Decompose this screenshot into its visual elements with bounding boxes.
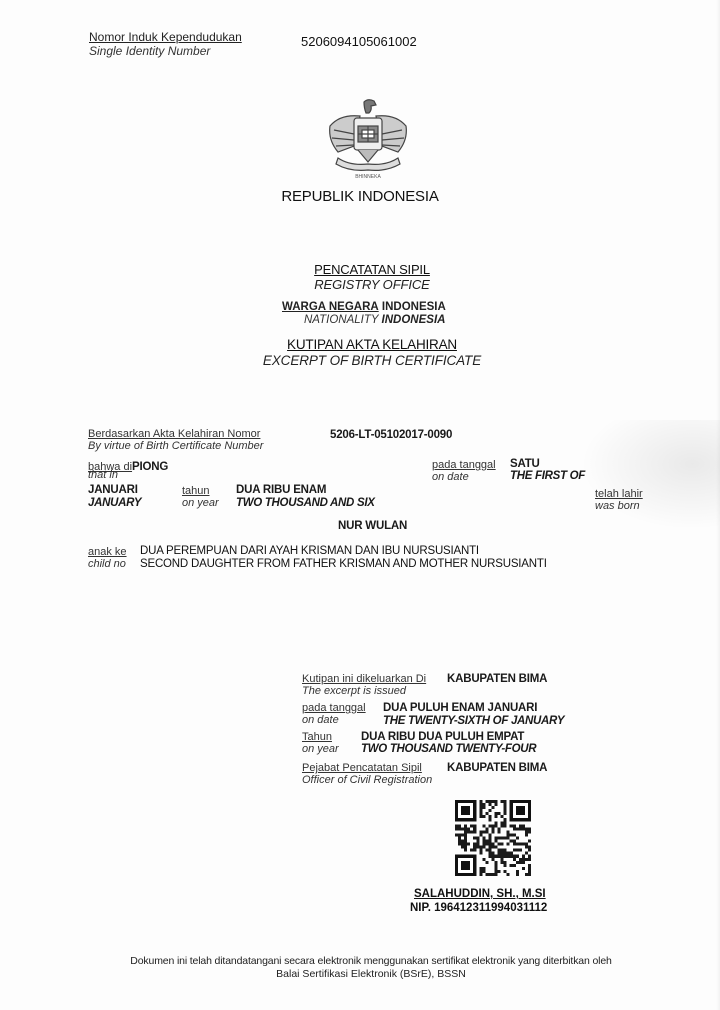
born-label-en: was born [595, 500, 640, 512]
issue-date-label-en: on date [302, 714, 339, 726]
document-title-en-wrap: EXCERPT OF BIRTH CERTIFICATE [0, 352, 720, 370]
birth-year-label: tahun [182, 485, 210, 497]
svg-text:BHINNEKA: BHINNEKA [355, 174, 381, 180]
issue-year-en: TWO THOUSAND TWENTY-FOUR [361, 743, 536, 755]
birth-year-label-en: on year [182, 497, 219, 509]
birth-year: DUA RIBU ENAM [236, 484, 326, 496]
issue-year: DUA RIBU DUA PULUH EMPAT [361, 731, 524, 743]
birth-date-label: pada tanggal [432, 459, 496, 471]
child-order-value: DUA PEREMPUAN DARI AYAH KRISMAN DAN IBU … [140, 545, 479, 557]
garuda-pancasila-emblem-icon: BHINNEKA [320, 96, 416, 180]
signatory-nip: NIP. 196412311994031112 [410, 902, 547, 914]
birth-place-value: PIONG [132, 461, 168, 473]
office-title-en-wrap: REGISTRY OFFICE [0, 276, 720, 294]
child-order-label-en: child no [88, 558, 126, 570]
issue-date-en: THE TWENTY-SIXTH OF JANUARY [383, 715, 564, 727]
officer-place: KABUPATEN BIMA [447, 762, 547, 774]
nik-label-en: Single Identity Number [89, 44, 210, 58]
issue-year-label: Tahun [302, 731, 332, 743]
country-name: REPUBLIK INDONESIA [0, 188, 720, 205]
nationality-label: WARGA NEGARA [282, 301, 379, 313]
birth-year-en: TWO THOUSAND AND SIX [236, 497, 375, 509]
document-title: KUTIPAN AKTA KELAHIRAN [287, 337, 457, 352]
nationality-row-en: NATIONALITY INDONESIA [304, 314, 445, 326]
officer-label: Pejabat Pencatatan Sipil [302, 762, 422, 774]
officer-label-en: Officer of Civil Registration [302, 774, 432, 786]
qr-code-icon [455, 800, 531, 876]
certificate-label-en: By virtue of Birth Certificate Number [88, 440, 263, 452]
child-name: NUR WULAN [338, 520, 407, 532]
birth-month: JANUARI [88, 484, 138, 496]
issue-place-value: KABUPATEN BIMA [447, 673, 547, 685]
footer-line-2: Balai Sertifikasi Elektronik (BSrE), BSS… [0, 968, 720, 980]
document-title-en: EXCERPT OF BIRTH CERTIFICATE [263, 353, 481, 368]
issue-place-label-en: The excerpt is issued [302, 685, 406, 697]
nationality-value: INDONESIA [382, 301, 446, 313]
born-label: telah lahir [595, 488, 643, 500]
issue-year-label-en: on year [302, 743, 339, 755]
office-title: PENCATATAN SIPIL [314, 262, 430, 277]
issue-place-label: Kutipan ini dikeluarkan Di [302, 673, 426, 685]
child-order-label: anak ke [88, 546, 127, 558]
certificate-number: 5206-LT-05102017-0090 [330, 429, 452, 441]
nik-label: Nomor Induk Kependudukan [89, 30, 242, 44]
signatory-name: SALAHUDDIN, SH., M.SI [414, 888, 546, 900]
nik-value: 5206094105061002 [301, 34, 417, 49]
footer-line-1: Dokumen ini telah ditandatangani secara … [0, 955, 720, 967]
birth-month-en: JANUARY [88, 497, 141, 509]
birth-date-label-en: on date [432, 471, 469, 483]
issue-date: DUA PULUH ENAM JANUARI [383, 702, 537, 714]
certificate-label: Berdasarkan Akta Kelahiran Nomor [88, 428, 260, 440]
office-title-en: REGISTRY OFFICE [314, 277, 430, 292]
birth-day: SATU [510, 458, 540, 470]
birth-place-label-en: that in [88, 469, 118, 481]
nationality-row: WARGA NEGARA INDONESIA [282, 301, 446, 313]
issue-date-label: pada tanggal [302, 702, 366, 714]
nationality-value-en: INDONESIA [382, 314, 446, 326]
nationality-label-en: NATIONALITY [304, 314, 378, 326]
child-order-value-en: SECOND DAUGHTER FROM FATHER KRISMAN AND … [140, 558, 547, 570]
birth-day-en: THE FIRST OF [510, 470, 585, 482]
paper-fold-shadow [580, 420, 720, 530]
